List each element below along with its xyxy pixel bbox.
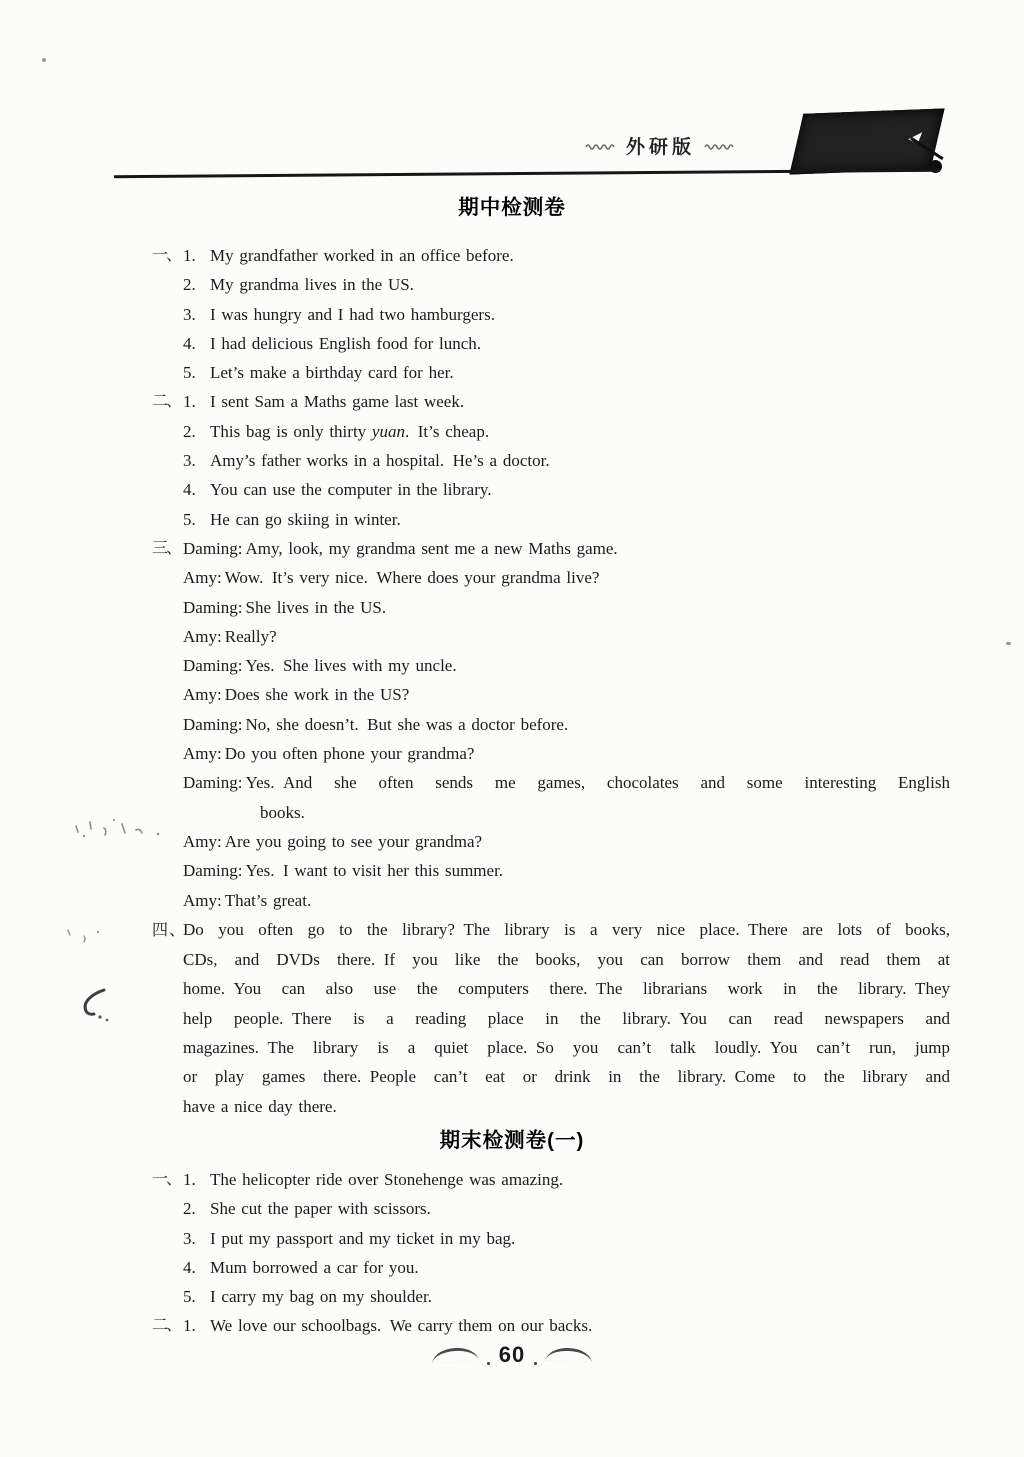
dialog-row: Daming:Yes. I want to visit her this sum… (0, 856, 1024, 885)
list-item: 3.Amy’s father works in a hospital. He’s… (0, 446, 1024, 475)
speaker-label: Amy: (183, 744, 222, 763)
speaker-label: Amy: (183, 832, 222, 851)
list-item: 5.I carry my bag on my shoulder. (0, 1282, 1024, 1311)
passage-line: or play games there. People can’t eat or… (183, 1062, 950, 1091)
squiggle-left-icon (585, 142, 617, 150)
page-header: 外研版 (585, 132, 736, 159)
item-text: I sent Sam a Maths game last week. (210, 387, 464, 416)
item-text: The helicopter ride over Stonehenge was … (210, 1165, 563, 1194)
section-marker: 一、 (152, 241, 183, 270)
speaker-label: Daming: (183, 598, 243, 617)
publisher-stamp-logo (789, 108, 944, 174)
speaker-label: Daming: (183, 539, 243, 558)
section-marker: 二、 (152, 1311, 183, 1340)
dialog-row: Amy:Wow. It’s very nice. Where does your… (0, 563, 1024, 592)
speaker-label: Amy: (183, 685, 222, 704)
item-number: 2. (183, 270, 210, 299)
list-item: 5.He can go skiing in winter. (0, 505, 1024, 534)
item-number: 5. (183, 358, 210, 387)
dialog-row: Daming:No, she doesn’t. But she was a do… (0, 710, 1024, 739)
final-body: 一、1.The helicopter ride over Stonehenge … (0, 1165, 1024, 1341)
section-marker: 三、 (152, 534, 183, 563)
list-item: 3.I was hungry and I had two hamburgers. (0, 300, 1024, 329)
dialog-row: Amy:Does she work in the US? (0, 680, 1024, 709)
item-number: 1. (183, 387, 210, 416)
page-content: 期中检测卷 一、1.My grandfather worked in an of… (0, 196, 1024, 1341)
list-item: 4.You can use the computer in the librar… (0, 475, 1024, 504)
speaker-label: Amy: (183, 891, 222, 910)
section-marker: 二、 (152, 387, 183, 416)
dialog-text: Yes. And she often sends me games, choco… (246, 773, 951, 792)
dialog-text: books. (183, 798, 305, 827)
item-text: He can go skiing in winter. (210, 505, 401, 534)
page-number: 60 (499, 1342, 525, 1368)
swoosh-right-icon (546, 1347, 593, 1363)
item-text: Amy’s father works in a hospital. He’s a… (210, 446, 550, 475)
dialog-continuation-row: books. (0, 798, 1024, 827)
footer-dot (487, 1362, 490, 1365)
midterm-body: 一、1.My grandfather worked in an office b… (0, 241, 1024, 1121)
passage-line: home. You can also use the computers the… (183, 974, 950, 1003)
list-item: 2.She cut the paper with scissors. (0, 1194, 1024, 1223)
page-footer: 60 (0, 1342, 1024, 1368)
speaker-label: Amy: (183, 627, 222, 646)
swoosh-left-icon (431, 1346, 478, 1363)
item-text: I put my passport and my ticket in my ba… (210, 1224, 515, 1253)
item-text: I carry my bag on my shoulder. (210, 1282, 432, 1311)
dialog-text: Really? (225, 627, 277, 646)
item-text: My grandfather worked in an office befor… (210, 241, 514, 270)
italic-word: yuan (372, 422, 405, 441)
scan-speck (42, 58, 46, 62)
dialog-text: Wow. It’s very nice. Where does your gra… (225, 568, 600, 587)
item-number: 3. (183, 446, 210, 475)
dialog-row: Amy:Really? (0, 622, 1024, 651)
dialog-row: Daming:She lives in the US. (0, 593, 1024, 622)
dialog-text: Yes. I want to visit her this summer. (246, 861, 504, 880)
speaker-label: Daming: (183, 861, 243, 880)
item-number: 3. (183, 300, 210, 329)
footer-dot (534, 1362, 537, 1365)
scanned-answer-page: 外研版 期中检测卷 一、1.My grandfather worked in a… (0, 0, 1024, 1457)
passage-text: Do you often go to the library? The libr… (183, 920, 950, 939)
edition-label: 外研版 (626, 132, 695, 159)
item-number: 1. (183, 1165, 210, 1194)
scan-speck (1006, 642, 1011, 645)
dialog-row: Amy:That’s great. (0, 886, 1024, 915)
passage-line: have a nice day there. (183, 1092, 950, 1121)
item-text: Mum borrowed a car for you. (210, 1253, 419, 1282)
item-number: 1. (183, 1311, 210, 1340)
dialog-text: No, she doesn’t. But she was a doctor be… (246, 715, 569, 734)
dialog-text: Does she work in the US? (225, 685, 410, 704)
item-text: I was hungry and I had two hamburgers. (210, 300, 495, 329)
section-marker: 四、 (152, 916, 183, 945)
list-item: 3.I put my passport and my ticket in my … (0, 1224, 1024, 1253)
item-number: 3. (183, 1224, 210, 1253)
item-number: 2. (183, 1194, 210, 1223)
item-text: She cut the paper with scissors. (210, 1194, 431, 1223)
dialog-text: Are you going to see your grandma? (225, 832, 482, 851)
item-number: 5. (183, 505, 210, 534)
passage-line: magazines. The library is a quiet place.… (183, 1033, 950, 1062)
dialog-row: Daming:Yes. And she often sends me games… (0, 768, 1024, 797)
item-number: 4. (183, 1253, 210, 1282)
speaker-label: Amy: (183, 568, 222, 587)
dialog-text: Yes. She lives with my uncle. (246, 656, 457, 675)
item-number: 1. (183, 241, 210, 270)
dialog-row: Amy:Are you going to see your grandma? (0, 827, 1024, 856)
dialog-row: Amy:Do you often phone your grandma? (0, 739, 1024, 768)
item-text: You can use the computer in the library. (210, 475, 492, 504)
item-number: 4. (183, 329, 210, 358)
item-text: Let’s make a birthday card for her. (210, 358, 454, 387)
final-title: 期末检测卷(一) (0, 1129, 1024, 1153)
dialog-text: Do you often phone your grandma? (225, 744, 475, 763)
item-number: 5. (183, 1282, 210, 1311)
dialog-text: That’s great. (225, 891, 311, 910)
speaker-label: Daming: (183, 656, 243, 675)
list-item: 4.Mum borrowed a car for you. (0, 1253, 1024, 1282)
squiggle-right-icon (704, 142, 736, 150)
item-number: 2. (183, 417, 210, 446)
list-item: 二、1.We love our schoolbags. We carry the… (0, 1311, 1024, 1340)
passage-line: CDs, and DVDs there. If you like the boo… (183, 945, 950, 974)
list-item: 4.I had delicious English food for lunch… (0, 329, 1024, 358)
dialog-row: 三、Daming:Amy, look, my grandma sent me a… (0, 534, 1024, 563)
dialog-text: She lives in the US. (246, 598, 387, 617)
passage-line: 四、Do you often go to the library? The li… (152, 915, 950, 945)
item-number: 4. (183, 475, 210, 504)
list-item: 2.My grandma lives in the US. (0, 270, 1024, 299)
dialog-text: Amy, look, my grandma sent me a new Math… (246, 539, 618, 558)
section-marker: 一、 (152, 1165, 183, 1194)
list-item: 2.This bag is only thirty yuan. It’s che… (0, 417, 1024, 446)
midterm-title: 期中检测卷 (0, 196, 1024, 220)
speaker-label: Daming: (183, 773, 243, 792)
item-text: I had delicious English food for lunch. (210, 329, 481, 358)
list-item: 二、1.I sent Sam a Maths game last week. (0, 387, 1024, 416)
item-text: We love our schoolbags. We carry them on… (210, 1311, 592, 1340)
speaker-label: Daming: (183, 715, 243, 734)
passage-line: help people. There is a reading place in… (183, 1004, 950, 1033)
list-item: 5.Let’s make a birthday card for her. (0, 358, 1024, 387)
list-item: 一、1.My grandfather worked in an office b… (0, 241, 1024, 270)
item-text: This bag is only thirty yuan. It’s cheap… (210, 417, 489, 446)
item-text: My grandma lives in the US. (210, 270, 414, 299)
list-item: 一、1.The helicopter ride over Stonehenge … (0, 1165, 1024, 1194)
dialog-row: Daming:Yes. She lives with my uncle. (0, 651, 1024, 680)
